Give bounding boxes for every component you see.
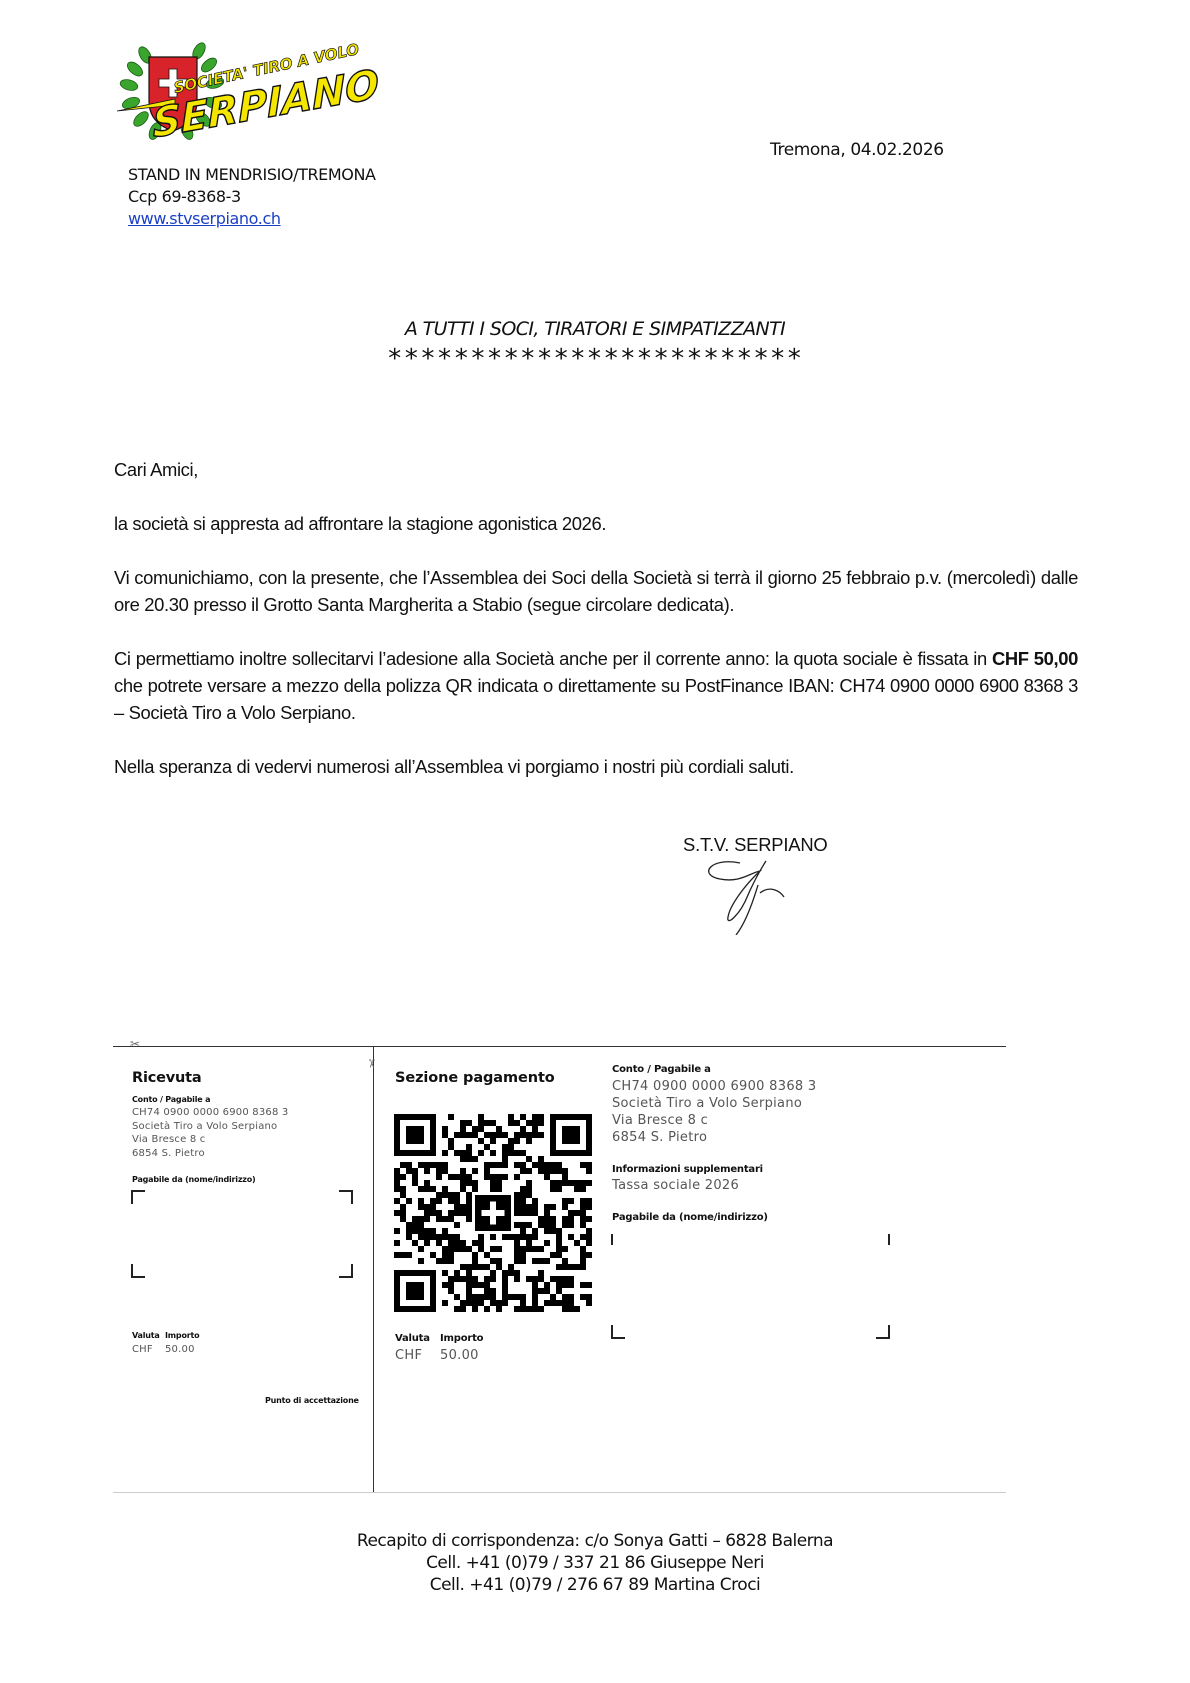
paragraph-fee: Ci permettiamo inoltre sollecitarvi l’ad… — [114, 645, 1078, 726]
perforation-line-vertical — [373, 1046, 374, 1492]
bill-bottom-edge — [113, 1492, 1006, 1493]
receipt-payable-by-label: Pagabile da (nome/indirizzo) — [132, 1175, 256, 1184]
signature-label: S.T.V. SERPIANO — [683, 834, 828, 856]
perforation-line-horizontal — [113, 1046, 1006, 1047]
footer-contacts: Recapito di corrispondenza: c/o Sonya Ga… — [0, 1530, 1190, 1596]
receipt-account: CH74 0900 0000 6900 8368 3 Società Tiro … — [132, 1106, 288, 1160]
club-logo: SOCIETA' TIRO A VOLO SERPIANO — [115, 35, 405, 150]
receipt-amount-label: Importo — [165, 1331, 199, 1340]
signature-icon — [700, 855, 810, 935]
scissors-icon: ✂ — [130, 1037, 140, 1052]
receipt-account-label: Conto / Pagabile a — [132, 1095, 210, 1104]
payment-amount-label: Importo — [440, 1333, 483, 1344]
heading-underline: ************************* — [0, 346, 1190, 372]
receipt-currency-label: Valuta — [132, 1331, 160, 1340]
receipt-title: Ricevuta — [132, 1070, 201, 1086]
payment-amount: 50.00 — [440, 1347, 479, 1364]
paragraph-closing: Nella speranza di vedervi numerosi all’A… — [114, 753, 1078, 780]
place-date: Tremona, 04.02.2026 — [770, 140, 944, 160]
payment-account: CH74 0900 0000 6900 8368 3 Società Tiro … — [612, 1078, 816, 1146]
receipt-payer-field — [131, 1190, 353, 1278]
payment-account-label: Conto / Pagabile a — [612, 1064, 711, 1075]
paragraph-assembly: Vi comunichiamo, con la presente, che l’… — [114, 564, 1078, 618]
contact-phone-2: Cell. +41 (0)79 / 276 67 89 Martina Croc… — [0, 1574, 1190, 1596]
receipt-amount: 50.00 — [165, 1343, 195, 1357]
letter-heading: A TUTTI I SOCI, TIRATORI E SIMPATIZZANTI — [0, 318, 1190, 340]
stand-location: STAND IN MENDRISIO/TREMONA — [128, 164, 376, 186]
additional-info-label: Informazioni supplementari — [612, 1164, 763, 1175]
acceptance-point-label: Punto di accettazione — [265, 1396, 359, 1405]
fee-amount: CHF 50,00 — [992, 648, 1078, 669]
qr-code — [394, 1114, 592, 1312]
payment-payable-by-label: Pagabile da (nome/indirizzo) — [612, 1212, 768, 1223]
scissors-icon: ✂ — [364, 1058, 379, 1068]
receipt-currency: CHF — [132, 1343, 153, 1357]
sender-block: STAND IN MENDRISIO/TREMONA Ccp 69-8368-3… — [128, 164, 376, 230]
paragraph-season: la società si appresta ad affrontare la … — [114, 510, 1078, 537]
additional-info: Tassa sociale 2026 — [612, 1177, 739, 1194]
website-link[interactable]: www.stvserpiano.ch — [128, 209, 281, 228]
payment-currency-label: Valuta — [395, 1333, 430, 1344]
payment-currency: CHF — [395, 1347, 422, 1364]
correspondence-address: Recapito di corrispondenza: c/o Sonya Ga… — [0, 1530, 1190, 1552]
payment-section-title: Sezione pagamento — [395, 1070, 555, 1086]
salutation: Cari Amici, — [114, 456, 1078, 483]
payment-payer-field — [611, 1234, 890, 1339]
contact-phone-1: Cell. +41 (0)79 / 337 21 86 Giuseppe Ner… — [0, 1552, 1190, 1574]
postal-account: Ccp 69-8368-3 — [128, 186, 376, 208]
